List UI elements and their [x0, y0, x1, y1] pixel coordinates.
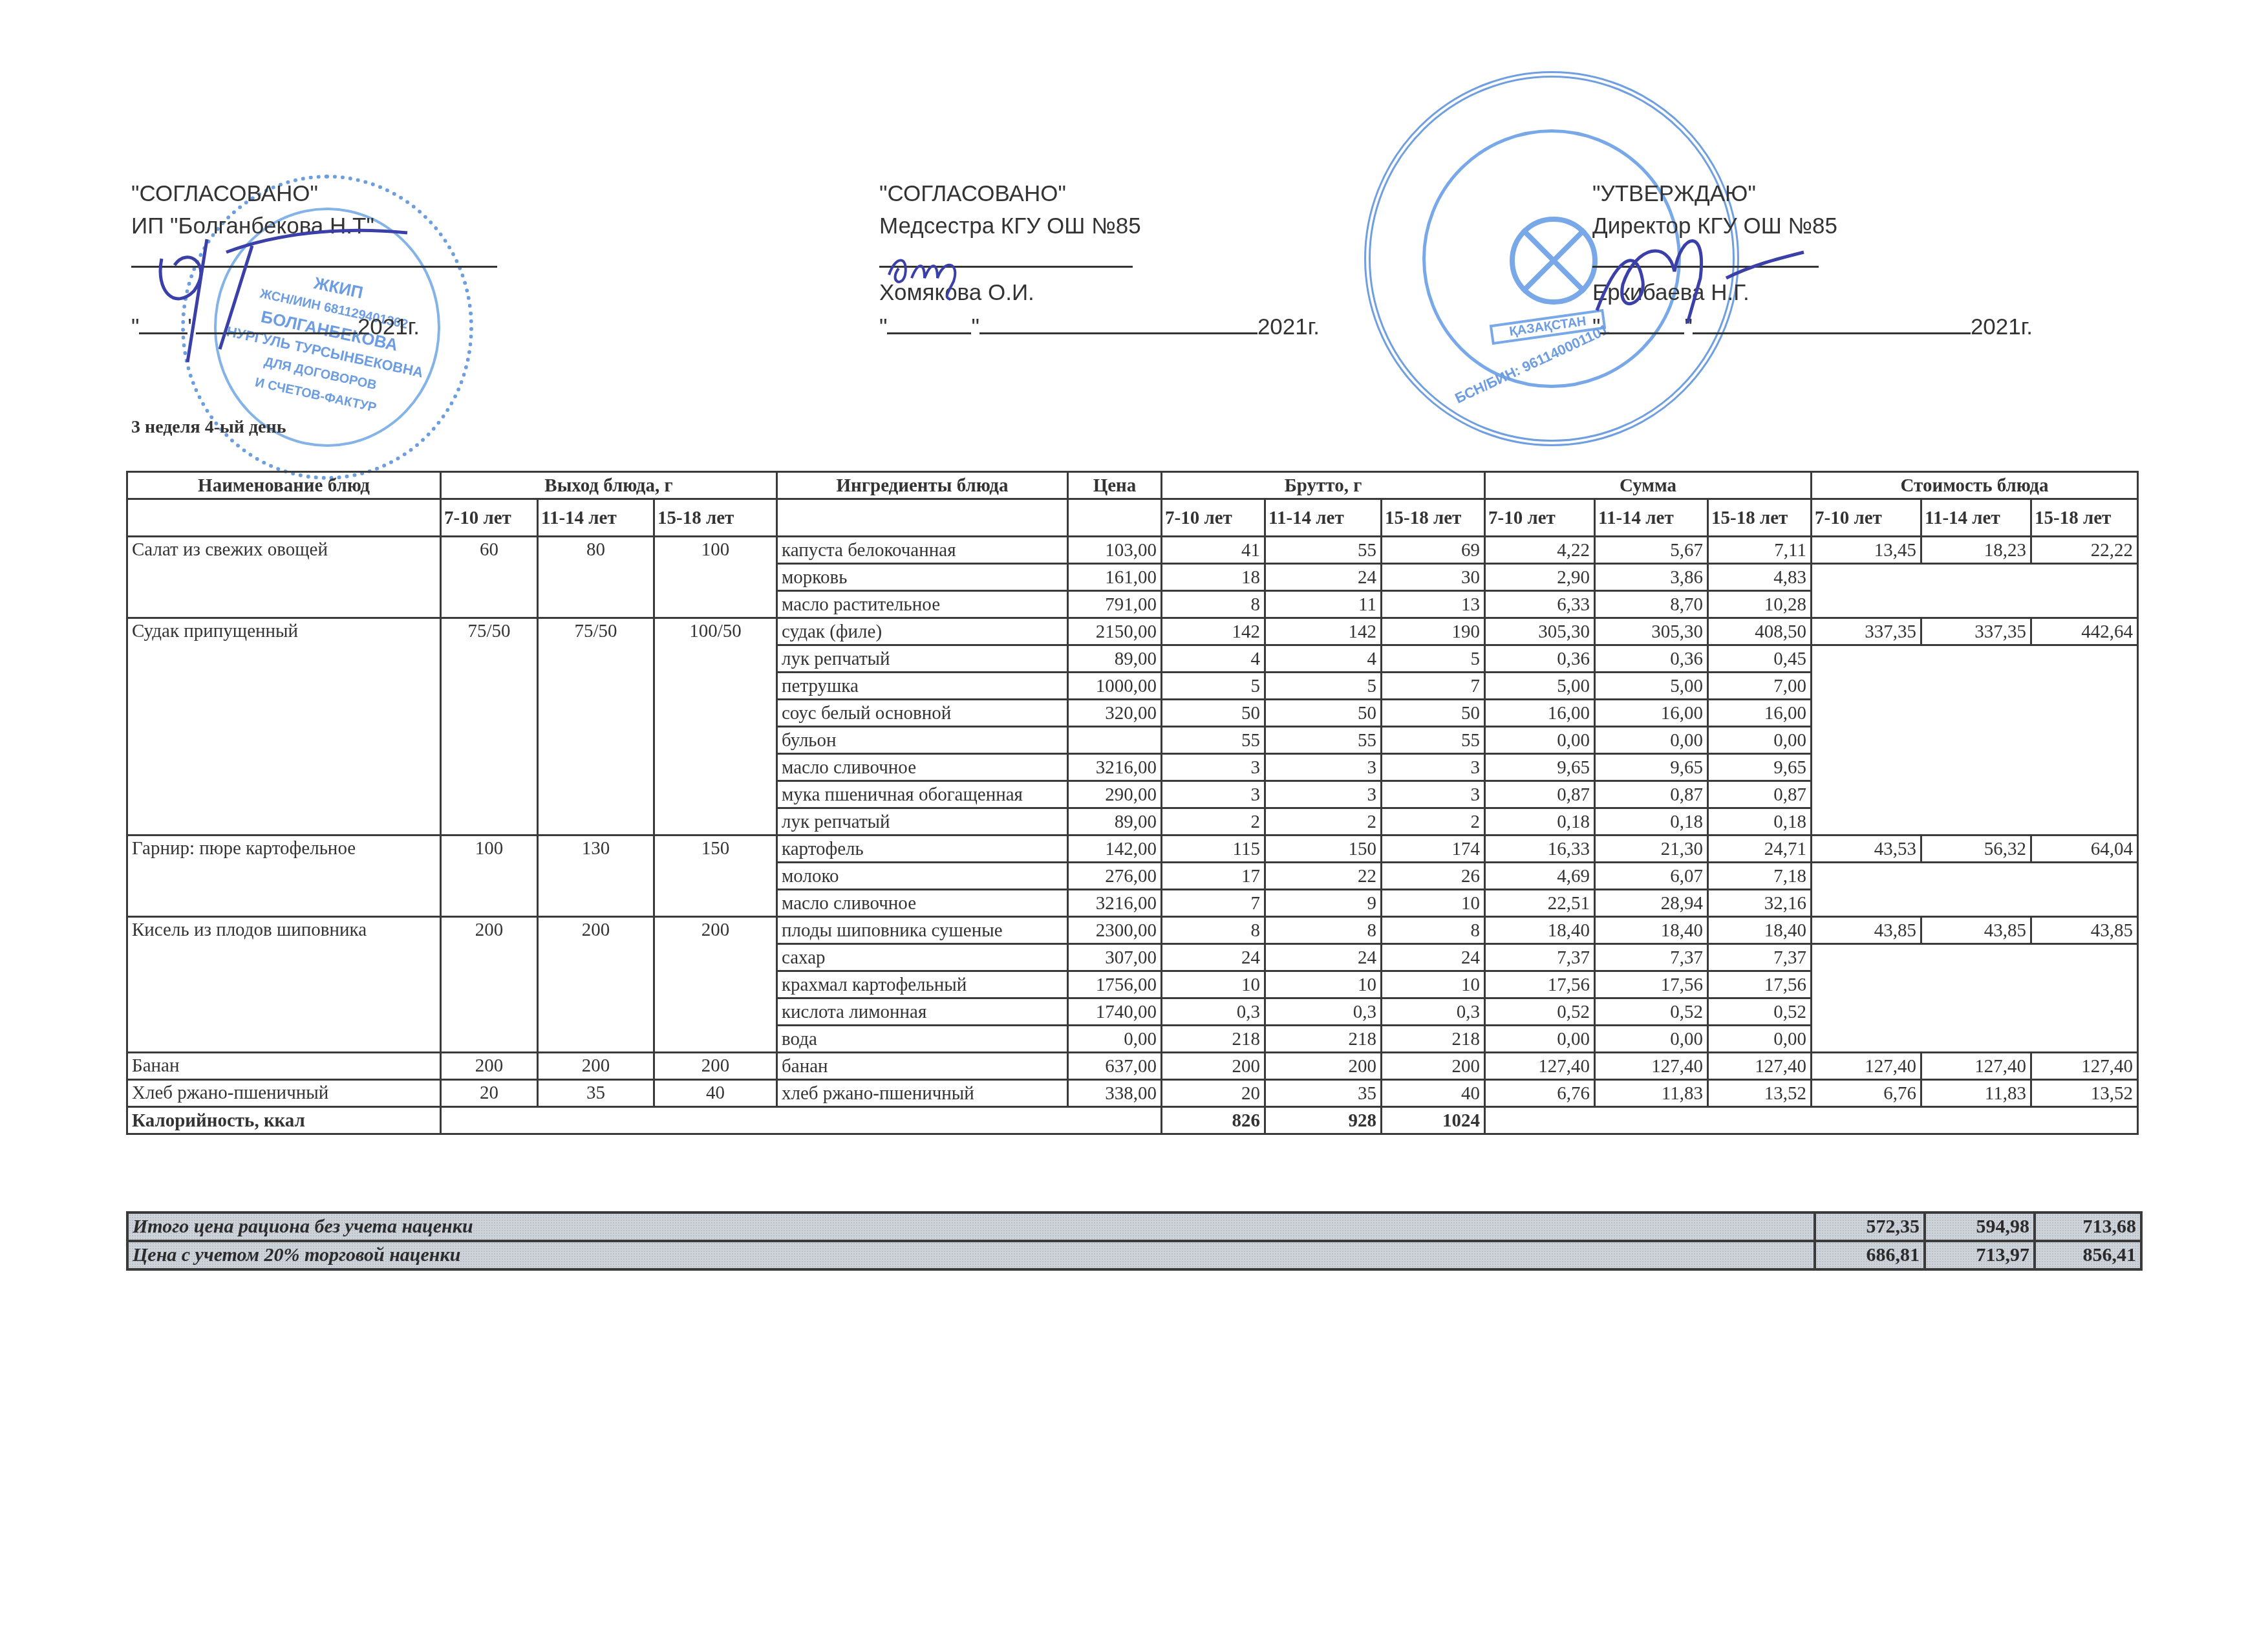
ingredient-sum: 0,52	[1595, 998, 1708, 1026]
ingredient-gross: 218	[1265, 1026, 1382, 1053]
ingredient-gross: 190	[1382, 618, 1485, 645]
calories-row: Калорийность, ккал8269281024	[127, 1107, 2138, 1134]
header-yield: Выход блюда, г	[441, 472, 777, 499]
ingredient-price: 3216,00	[1068, 890, 1162, 917]
calories-label: Калорийность, ккал	[127, 1107, 441, 1134]
date-quote: "	[187, 314, 195, 339]
dish-yield: 200	[654, 917, 777, 1053]
ingredient-name: судак (филе)	[777, 618, 1068, 645]
dish-yield: 100	[441, 835, 538, 917]
ingredient-name: вода	[777, 1026, 1068, 1053]
ingredient-sum: 21,30	[1595, 835, 1708, 863]
header-price-blank	[1068, 499, 1162, 537]
dish-yield: 150	[654, 835, 777, 917]
ingredient-sum: 4,69	[1485, 863, 1595, 890]
ingredient-gross: 0,3	[1162, 998, 1265, 1026]
header-sum: Сумма	[1485, 472, 1812, 499]
ingredient-gross: 20	[1162, 1080, 1265, 1107]
ingredient-sum: 4,22	[1485, 537, 1595, 564]
dish-name: Хлеб ржано-пшеничный	[127, 1080, 441, 1107]
ingredient-sum: 11,83	[1595, 1080, 1708, 1107]
dish-cost: 337,35	[1812, 618, 1921, 645]
approval-title: "СОГЛАСОВАНО"	[131, 178, 497, 210]
dish-cost: 127,40	[1812, 1053, 1921, 1080]
ingredient-sum: 2,90	[1485, 564, 1595, 591]
ingredient-sum: 7,11	[1708, 537, 1812, 564]
header-dish-blank	[127, 499, 441, 537]
approval-org: Директор КГУ ОШ №85	[1592, 210, 2033, 242]
ingredient-gross: 142	[1162, 618, 1265, 645]
table-row: Судак припущенный75/5075/50100/50судак (…	[127, 618, 2138, 645]
header-cost-age: 15-18 лет	[2031, 499, 2138, 537]
ingredient-price: 2150,00	[1068, 618, 1162, 645]
ingredient-gross: 174	[1382, 835, 1485, 863]
header-sum-age: 7-10 лет	[1485, 499, 1595, 537]
ingredient-gross: 5	[1162, 673, 1265, 700]
dish-cost-blank	[1812, 863, 2138, 917]
dish-yield: 100/50	[654, 618, 777, 835]
ingredient-price: 89,00	[1068, 808, 1162, 835]
ingredient-gross: 218	[1162, 1026, 1265, 1053]
ingredient-name: лук репчатый	[777, 808, 1068, 835]
ingredient-sum: 16,00	[1595, 700, 1708, 727]
ingredient-sum: 4,83	[1708, 564, 1812, 591]
ingredient-gross: 200	[1265, 1053, 1382, 1080]
ingredient-gross: 3	[1162, 781, 1265, 808]
dish-yield: 200	[538, 1053, 654, 1080]
header-row-groups: Наименование блюд Выход блюда, г Ингреди…	[127, 472, 2138, 499]
dish-name: Салат из свежих овощей	[127, 537, 441, 618]
totals-row: Итого цена рациона без учета наценки572,…	[127, 1212, 2141, 1241]
ingredient-sum: 127,40	[1595, 1053, 1708, 1080]
dish-yield: 200	[441, 917, 538, 1053]
ingredient-sum: 16,00	[1485, 700, 1595, 727]
ingredient-sum: 6,33	[1485, 591, 1595, 618]
ingredient-price: 338,00	[1068, 1080, 1162, 1107]
ingredient-gross: 50	[1265, 700, 1382, 727]
ingredient-sum: 0,00	[1595, 727, 1708, 754]
ingredient-sum: 0,00	[1708, 1026, 1812, 1053]
ingredient-name: бульон	[777, 727, 1068, 754]
approval-signer: Хомякова О.И.	[879, 277, 1320, 309]
ingredient-sum: 5,00	[1485, 673, 1595, 700]
ingredient-gross: 40	[1382, 1080, 1485, 1107]
stamp-bin: БСН/БИН: 961140001101	[1453, 321, 1612, 407]
ingredient-sum: 28,94	[1595, 890, 1708, 917]
dish-cost: 18,23	[1921, 537, 2031, 564]
ingredient-gross: 30	[1382, 564, 1485, 591]
ingredient-price: 290,00	[1068, 781, 1162, 808]
ingredient-name: хлеб ржано-пшеничный	[777, 1080, 1068, 1107]
dish-cost: 11,83	[1921, 1080, 2031, 1107]
ingredient-sum: 0,36	[1485, 645, 1595, 673]
date-line: ""2021г.	[879, 309, 1320, 343]
ingredient-gross: 50	[1382, 700, 1485, 727]
header-yield-age: 15-18 лет	[654, 499, 777, 537]
ingredient-gross: 150	[1265, 835, 1382, 863]
ingredient-gross: 7	[1382, 673, 1485, 700]
header-cost-age: 11-14 лет	[1921, 499, 2031, 537]
date-quote: "	[131, 314, 139, 339]
ingredient-gross: 0,3	[1382, 998, 1485, 1026]
ingredient-sum: 7,18	[1708, 863, 1812, 890]
ingredient-sum: 32,16	[1708, 890, 1812, 917]
ingredient-sum: 5,00	[1595, 673, 1708, 700]
approval-signer: Еркибаева Н.Г.	[1592, 277, 2033, 309]
ingredient-price: 3216,00	[1068, 754, 1162, 781]
ingredient-gross: 2	[1265, 808, 1382, 835]
header-sum-age: 15-18 лет	[1708, 499, 1812, 537]
dish-yield: 80	[538, 537, 654, 618]
header-gross-age: 7-10 лет	[1162, 499, 1265, 537]
ingredient-sum: 17,56	[1708, 971, 1812, 998]
ingredient-sum: 0,87	[1708, 781, 1812, 808]
dish-cost: 43,85	[2031, 917, 2138, 944]
ingredient-price: 89,00	[1068, 645, 1162, 673]
ingredient-sum: 0,18	[1708, 808, 1812, 835]
ingredient-gross: 55	[1265, 537, 1382, 564]
stamp-line: ДЛЯ ДОГОВОРОВ	[179, 334, 462, 415]
dish-cost: 337,35	[1921, 618, 2031, 645]
ingredient-price: 142,00	[1068, 835, 1162, 863]
dish-yield: 100	[654, 537, 777, 618]
dish-cost-blank	[1812, 944, 2138, 1053]
dish-yield: 20	[441, 1080, 538, 1107]
dish-yield: 40	[654, 1080, 777, 1107]
ingredient-sum: 0,45	[1708, 645, 1812, 673]
ingredient-gross: 17	[1162, 863, 1265, 890]
date-year: 2021г.	[1971, 314, 2033, 339]
ingredient-sum: 5,67	[1595, 537, 1708, 564]
ingredient-gross: 200	[1382, 1053, 1485, 1080]
dish-yield: 130	[538, 835, 654, 917]
ingredient-sum: 16,00	[1708, 700, 1812, 727]
dish-cost: 43,85	[1812, 917, 1921, 944]
totals-body: Итого цена рациона без учета наценки572,…	[127, 1212, 2141, 1269]
ingredient-gross: 18	[1162, 564, 1265, 591]
totals-row: Цена с учетом 20% торговой наценки686,81…	[127, 1241, 2141, 1269]
dish-cost: 64,04	[2031, 835, 2138, 863]
stamp-country-label: ҚАЗАҚСТАН	[1490, 309, 1607, 345]
totals-value: 572,35	[1815, 1212, 1925, 1241]
dish-yield: 200	[654, 1053, 777, 1080]
ingredient-sum: 7,37	[1595, 944, 1708, 971]
totals-label: Цена с учетом 20% торговой наценки	[127, 1241, 1815, 1269]
date-line: ""2021г.	[1592, 309, 2033, 343]
dish-cost: 127,40	[1921, 1053, 2031, 1080]
approval-org: ИП "Болганбекова Н.Т"	[131, 210, 497, 242]
ingredient-gross: 8	[1162, 591, 1265, 618]
calories-value: 1024	[1382, 1107, 1485, 1134]
ingredient-price: 161,00	[1068, 564, 1162, 591]
calories-value: 928	[1265, 1107, 1382, 1134]
ingredient-gross: 26	[1382, 863, 1485, 890]
header-row-ages: 7-10 лет11-14 лет15-18 лет7-10 лет11-14 …	[127, 499, 2138, 537]
ingredient-gross: 2	[1162, 808, 1265, 835]
header-cost-age: 7-10 лет	[1812, 499, 1921, 537]
dish-cost: 56,32	[1921, 835, 2031, 863]
ingredient-sum: 0,87	[1485, 781, 1595, 808]
ingredient-sum: 6,76	[1485, 1080, 1595, 1107]
date-year: 2021г.	[1257, 314, 1320, 339]
dish-name: Банан	[127, 1053, 441, 1080]
ingredient-name: плоды шиповника сушеные	[777, 917, 1068, 944]
header-price: Цена	[1068, 472, 1162, 499]
ingredient-sum: 127,40	[1485, 1053, 1595, 1080]
ingredient-name: масло растительное	[777, 591, 1068, 618]
ingredient-gross: 4	[1265, 645, 1382, 673]
ingredient-gross: 22	[1265, 863, 1382, 890]
ingredient-gross: 55	[1382, 727, 1485, 754]
ingredient-sum: 7,37	[1708, 944, 1812, 971]
ingredient-price: 307,00	[1068, 944, 1162, 971]
totals-value: 686,81	[1815, 1241, 1925, 1269]
approval-block-nurse: "СОГЛАСОВАНО" Медсестра КГУ ОШ №85 Хомяк…	[879, 178, 1320, 343]
ingredient-gross: 9	[1265, 890, 1382, 917]
ingredient-gross: 3	[1382, 781, 1485, 808]
ingredient-gross: 55	[1265, 727, 1382, 754]
ingredient-gross: 3	[1265, 754, 1382, 781]
ingredient-sum: 305,30	[1595, 618, 1708, 645]
ingredient-gross: 41	[1162, 537, 1265, 564]
ingredient-gross: 24	[1265, 564, 1382, 591]
ingredient-sum: 0,00	[1595, 1026, 1708, 1053]
approval-block-director: "УТВЕРЖДАЮ" Директор КГУ ОШ №85 Еркибаев…	[1592, 178, 2033, 343]
ingredient-sum: 17,56	[1595, 971, 1708, 998]
ingredient-price: 1756,00	[1068, 971, 1162, 998]
ingredient-sum: 3,86	[1595, 564, 1708, 591]
dish-cost-blank	[1812, 564, 2138, 618]
ingredient-sum: 18,40	[1485, 917, 1595, 944]
table-row: Банан200200200банан637,00200200200127,40…	[127, 1053, 2138, 1080]
ingredient-price: 320,00	[1068, 700, 1162, 727]
ingredient-gross: 24	[1382, 944, 1485, 971]
header-dish: Наименование блюд	[127, 472, 441, 499]
ingredient-sum: 18,40	[1708, 917, 1812, 944]
ingredient-gross: 10	[1382, 890, 1485, 917]
dish-yield: 75/50	[441, 618, 538, 835]
ingredient-gross: 10	[1265, 971, 1382, 998]
dish-cost-blank	[1812, 645, 2138, 835]
ingredient-gross: 10	[1162, 971, 1265, 998]
dish-cost: 43,85	[1921, 917, 2031, 944]
ingredient-price: 1740,00	[1068, 998, 1162, 1026]
ingredient-sum: 9,65	[1485, 754, 1595, 781]
ingredient-sum: 0,00	[1485, 727, 1595, 754]
calories-blank-right	[1485, 1107, 2138, 1134]
menu-table-body: Салат из свежих овощей6080100капуста бел…	[127, 537, 2138, 1134]
menu-day-subtitle: 3 неделя 4-ый день	[131, 417, 286, 438]
ingredient-sum: 22,51	[1485, 890, 1595, 917]
calories-value: 826	[1162, 1107, 1265, 1134]
ingredient-gross: 10	[1382, 971, 1485, 998]
date-quote: "	[1592, 314, 1600, 339]
table-row: Хлеб ржано-пшеничный203540хлеб ржано-пше…	[127, 1080, 2138, 1107]
date-year: 2021г.	[358, 314, 420, 339]
ingredient-name: картофель	[777, 835, 1068, 863]
approval-block-ip: "СОГЛАСОВАНО" ИП "Болганбекова Н.Т" ""20…	[131, 178, 497, 343]
ingredient-sum: 8,70	[1595, 591, 1708, 618]
ingredient-sum: 127,40	[1708, 1053, 1812, 1080]
ingredient-sum: 305,30	[1485, 618, 1595, 645]
ingredient-gross: 35	[1265, 1080, 1382, 1107]
dish-cost: 6,76	[1812, 1080, 1921, 1107]
ingredient-name: кислота лимонная	[777, 998, 1068, 1026]
ingredient-name: петрушка	[777, 673, 1068, 700]
ingredient-gross: 7	[1162, 890, 1265, 917]
ingredient-name: капуста белокочанная	[777, 537, 1068, 564]
header-cost: Стоимость блюда	[1812, 472, 2138, 499]
dish-yield: 200	[538, 917, 654, 1053]
ingredient-sum: 0,36	[1595, 645, 1708, 673]
ingredient-name: масло сливочное	[777, 754, 1068, 781]
dish-cost: 43,53	[1812, 835, 1921, 863]
ingredient-sum: 16,33	[1485, 835, 1595, 863]
ingredient-sum: 0,18	[1485, 808, 1595, 835]
date-quote: "	[971, 314, 979, 339]
dish-name: Судак припущенный	[127, 618, 441, 835]
ingredient-sum: 6,07	[1595, 863, 1708, 890]
ingredient-name: сахар	[777, 944, 1068, 971]
dish-cost: 442,64	[2031, 618, 2138, 645]
ingredient-sum: 0,52	[1485, 998, 1595, 1026]
ingredient-price: 103,00	[1068, 537, 1162, 564]
ingredient-gross: 5	[1265, 673, 1382, 700]
header-ingredients-blank	[777, 499, 1068, 537]
totals-label: Итого цена рациона без учета наценки	[127, 1212, 1815, 1241]
ingredient-sum: 0,87	[1595, 781, 1708, 808]
dish-cost: 13,52	[2031, 1080, 2138, 1107]
table-row: Салат из свежих овощей6080100капуста бел…	[127, 537, 2138, 564]
dish-cost: 22,22	[2031, 537, 2138, 564]
header-sum-age: 11-14 лет	[1595, 499, 1708, 537]
dish-yield: 75/50	[538, 618, 654, 835]
ingredient-gross: 24	[1162, 944, 1265, 971]
signature-line	[879, 242, 1320, 277]
ingredient-name: молоко	[777, 863, 1068, 890]
ingredient-name: крахмал картофельный	[777, 971, 1068, 998]
ingredient-gross: 3	[1265, 781, 1382, 808]
ingredient-gross: 0,3	[1265, 998, 1382, 1026]
ingredient-price	[1068, 727, 1162, 754]
ingredient-gross: 4	[1162, 645, 1265, 673]
ingredient-gross: 5	[1382, 645, 1485, 673]
ingredient-sum: 408,50	[1708, 618, 1812, 645]
header-yield-age: 7-10 лет	[441, 499, 538, 537]
header-gross: Брутто, г	[1162, 472, 1485, 499]
ingredient-gross: 3	[1162, 754, 1265, 781]
ingredient-gross: 11	[1265, 591, 1382, 618]
ingredient-gross: 115	[1162, 835, 1265, 863]
ingredient-gross: 3	[1382, 754, 1485, 781]
ingredient-gross: 69	[1382, 537, 1485, 564]
ingredient-sum: 13,52	[1708, 1080, 1812, 1107]
ingredient-gross: 142	[1265, 618, 1382, 645]
ingredient-sum: 9,65	[1595, 754, 1708, 781]
ingredient-sum: 18,40	[1595, 917, 1708, 944]
state-emblem-icon	[1510, 217, 1598, 305]
header-ingredients: Ингредиенты блюда	[777, 472, 1068, 499]
ingredient-price: 637,00	[1068, 1053, 1162, 1080]
signature-line	[131, 242, 497, 277]
ingredient-sum: 0,00	[1485, 1026, 1595, 1053]
approval-title: "СОГЛАСОВАНО"	[879, 178, 1320, 210]
totals-value: 856,41	[2035, 1241, 2141, 1269]
header-yield-age: 11-14 лет	[538, 499, 654, 537]
date-quote: "	[879, 314, 887, 339]
ingredient-name: соус белый основной	[777, 700, 1068, 727]
totals-table: Итого цена рациона без учета наценки572,…	[126, 1211, 2143, 1271]
ingredient-gross: 8	[1162, 917, 1265, 944]
ingredient-gross: 8	[1382, 917, 1485, 944]
ingredient-sum: 0,18	[1595, 808, 1708, 835]
totals-value: 713,68	[2035, 1212, 2141, 1241]
ingredient-sum: 10,28	[1708, 591, 1812, 618]
dish-yield: 35	[538, 1080, 654, 1107]
calories-blank	[441, 1107, 1162, 1134]
ingredient-sum: 9,65	[1708, 754, 1812, 781]
header-gross-age: 11-14 лет	[1265, 499, 1382, 537]
signature-line	[1592, 242, 2033, 277]
approval-org: Медсестра КГУ ОШ №85	[879, 210, 1320, 242]
ingredient-name: лук репчатый	[777, 645, 1068, 673]
ingredient-gross: 55	[1162, 727, 1265, 754]
dish-cost: 13,45	[1812, 537, 1921, 564]
ingredient-gross: 8	[1265, 917, 1382, 944]
ingredient-price: 276,00	[1068, 863, 1162, 890]
totals-value: 594,98	[1925, 1212, 2035, 1241]
totals-value: 713,97	[1925, 1241, 2035, 1269]
table-row: Кисель из плодов шиповника200200200плоды…	[127, 917, 2138, 944]
ingredient-sum: 17,56	[1485, 971, 1595, 998]
approval-title: "УТВЕРЖДАЮ"	[1592, 178, 2033, 210]
ingredient-price: 2300,00	[1068, 917, 1162, 944]
ingredient-name: мука пшеничная обогащенная	[777, 781, 1068, 808]
table-row: Гарнир: пюре картофельное100130150картоф…	[127, 835, 2138, 863]
ingredient-gross: 218	[1382, 1026, 1485, 1053]
dish-name: Гарнир: пюре картофельное	[127, 835, 441, 917]
dish-cost: 127,40	[2031, 1053, 2138, 1080]
ingredient-name: масло сливочное	[777, 890, 1068, 917]
ingredient-price: 0,00	[1068, 1026, 1162, 1053]
ingredient-name: банан	[777, 1053, 1068, 1080]
date-quote: "	[1684, 314, 1692, 339]
ingredient-sum: 7,37	[1485, 944, 1595, 971]
ingredient-sum: 0,00	[1708, 727, 1812, 754]
ingredient-gross: 50	[1162, 700, 1265, 727]
ingredient-name: морковь	[777, 564, 1068, 591]
header-gross-age: 15-18 лет	[1382, 499, 1485, 537]
ingredient-price: 1000,00	[1068, 673, 1162, 700]
ingredient-price: 791,00	[1068, 591, 1162, 618]
menu-cost-table: Наименование блюд Выход блюда, г Ингреди…	[126, 471, 2139, 1135]
ingredient-sum: 0,52	[1708, 998, 1812, 1026]
ingredient-gross: 2	[1382, 808, 1485, 835]
dish-yield: 200	[441, 1053, 538, 1080]
ingredient-gross: 24	[1265, 944, 1382, 971]
date-line: ""2021г.	[131, 309, 497, 343]
dish-yield: 60	[441, 537, 538, 618]
dish-name: Кисель из плодов шиповника	[127, 917, 441, 1053]
ingredient-gross: 200	[1162, 1053, 1265, 1080]
ingredient-sum: 7,00	[1708, 673, 1812, 700]
ingredient-gross: 13	[1382, 591, 1485, 618]
ingredient-sum: 24,71	[1708, 835, 1812, 863]
